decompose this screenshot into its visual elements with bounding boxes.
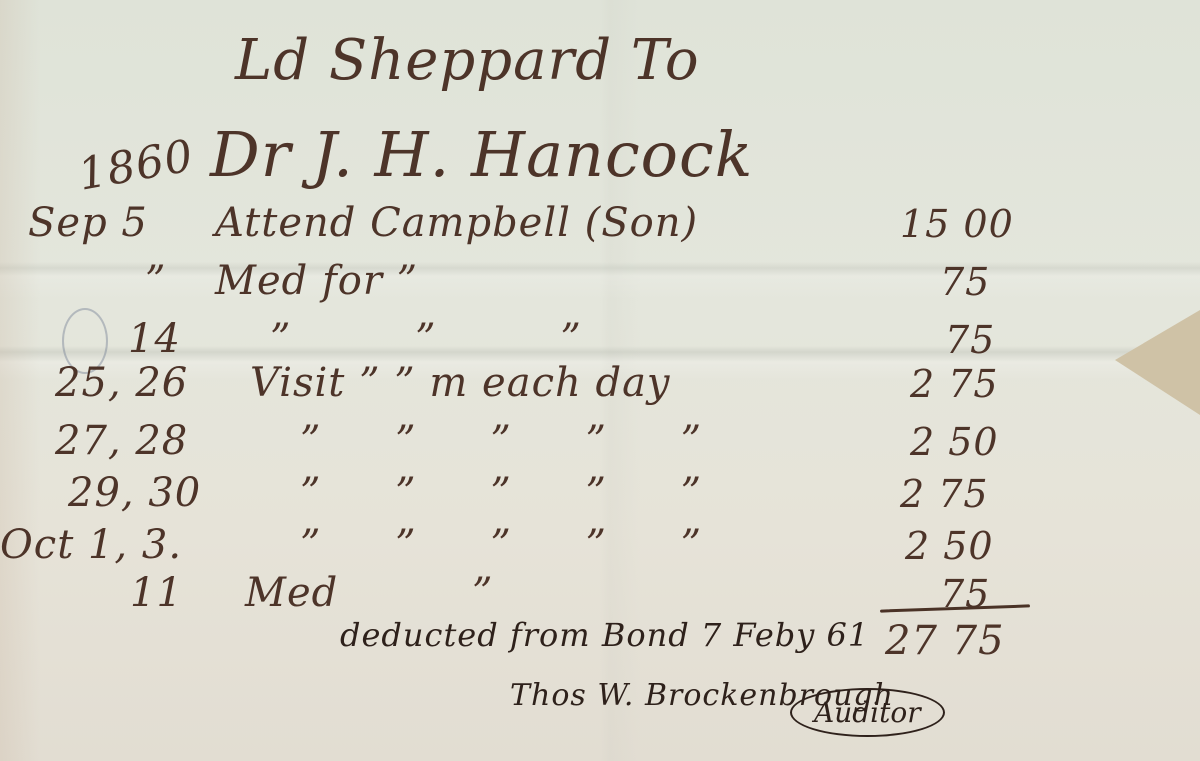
entry-amount: 2 50 [910, 420, 999, 464]
entry-amount: 15 00 [900, 202, 1014, 246]
entry-description: Med ” [245, 570, 493, 616]
entry-amount: 75 [940, 260, 990, 304]
auditor-title: Auditor [790, 688, 945, 737]
entry-date: 11 [130, 570, 183, 616]
entry-amount: 2 75 [900, 472, 989, 516]
ledger-row: 25, 26 Visit ” ” m each day 2 75 [0, 360, 1200, 420]
entry-description: Visit ” ” m each day [250, 360, 671, 406]
entry-date: 27, 28 [55, 418, 188, 464]
entry-description: Med for ” [215, 258, 418, 304]
entry-description: Attend Campbell (Son) [215, 200, 698, 246]
entry-description: ” ” ” ” ” [300, 470, 702, 516]
bill-heading-to: Ld Sheppard To [235, 28, 700, 93]
ledger-row: 27, 28 ” ” ” ” ” 2 50 [0, 418, 1200, 478]
entry-date: 25, 26 [55, 360, 188, 406]
entry-date: Oct 1, 3. [0, 522, 182, 568]
entry-date: 14 [128, 316, 181, 362]
entry-date: 29, 30 [68, 470, 201, 516]
entry-description: ” ” ” ” ” [300, 418, 702, 464]
entry-date: ” [145, 258, 166, 304]
ledger-row: Sep 5 Attend Campbell (Son) 15 00 [0, 200, 1200, 260]
entry-amount: 75 [945, 318, 995, 362]
bill-heading-doctor: Dr J. H. Hancock [210, 118, 753, 191]
deduction-note: deducted from Bond 7 Feby 61 [340, 616, 869, 654]
entry-description: ” ” ” ” ” [300, 522, 702, 568]
entry-amount: 2 50 [905, 524, 994, 568]
entry-date: Sep 5 [28, 200, 148, 246]
entry-description: ” ” ” [270, 316, 582, 362]
bill-total: 27 75 [885, 618, 1005, 664]
ledger-row: 29, 30 ” ” ” ” ” 2 75 [0, 470, 1200, 530]
entry-amount: 2 75 [910, 362, 999, 406]
ledger-row: ” Med for ” 75 [0, 258, 1200, 318]
